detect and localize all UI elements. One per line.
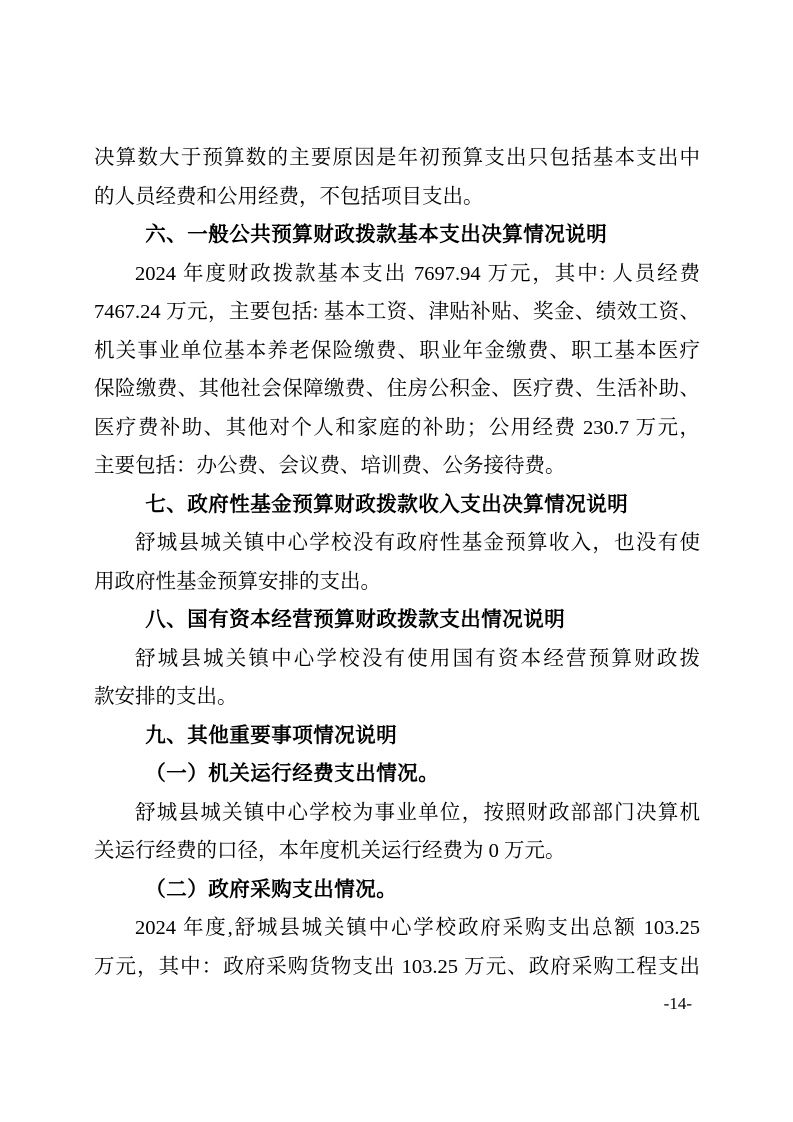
document-body: 决算数大于预算数的主要原因是年初预算支出只包括基本支出中 的人员经费和公用经费，… bbox=[94, 139, 700, 986]
paragraph-line: 用政府性基金预算安排的支出。 bbox=[94, 563, 700, 602]
paragraph-line: 舒城县城关镇中心学校为事业单位，按照财政部部门决算机 bbox=[94, 794, 700, 833]
heading-section-8: 八、国有资本经营预算财政拨款支出情况说明 bbox=[94, 601, 700, 640]
paragraph-line: 医疗费补助、其他对个人和家庭的补助；公用经费 230.7 万元， bbox=[94, 409, 700, 448]
heading-subsection-2: （二）政府采购支出情况。 bbox=[94, 871, 700, 910]
paragraph-line: 机关事业单位基本养老保险缴费、职业年金缴费、职工基本医疗 bbox=[94, 332, 700, 371]
heading-section-6: 六、一般公共预算财政拨款基本支出决算情况说明 bbox=[94, 216, 700, 255]
heading-subsection-1: （一）机关运行经费支出情况。 bbox=[94, 755, 700, 794]
document-page: 决算数大于预算数的主要原因是年初预算支出只包括基本支出中 的人员经费和公用经费，… bbox=[0, 0, 793, 1122]
paragraph-continuation-line: 决算数大于预算数的主要原因是年初预算支出只包括基本支出中 bbox=[94, 139, 700, 178]
paragraph-line: 舒城县城关镇中心学校没有使用国有资本经营预算财政拨 bbox=[94, 640, 700, 679]
paragraph-line: 2024 年度,舒城县城关镇中心学校政府采购支出总额 103.25 bbox=[94, 909, 700, 948]
paragraph-line: 舒城县城关镇中心学校没有政府性基金预算收入，也没有使 bbox=[94, 524, 700, 563]
heading-section-7: 七、政府性基金预算财政拨款收入支出决算情况说明 bbox=[94, 486, 700, 525]
paragraph-line: 2024 年度财政拨款基本支出 7697.94 万元，其中: 人员经费 bbox=[94, 255, 700, 294]
paragraph-line: 关运行经费的口径，本年度机关运行经费为 0 万元。 bbox=[94, 832, 700, 871]
page-number: -14- bbox=[664, 994, 692, 1014]
paragraph-line: 款安排的支出。 bbox=[94, 678, 700, 717]
paragraph-continuation-line: 的人员经费和公用经费，不包括项目支出。 bbox=[94, 178, 700, 217]
paragraph-line: 保险缴费、其他社会保障缴费、住房公积金、医疗费、生活补助、 bbox=[94, 370, 700, 409]
heading-section-9: 九、其他重要事项情况说明 bbox=[94, 717, 700, 756]
paragraph-line: 7467.24 万元，主要包括: 基本工资、津贴补贴、奖金、绩效工资、 bbox=[94, 293, 700, 332]
paragraph-line: 万元，其中：政府采购货物支出 103.25 万元、政府采购工程支出 bbox=[94, 948, 700, 987]
paragraph-line: 主要包括：办公费、会议费、培训费、公务接待费。 bbox=[94, 447, 700, 486]
